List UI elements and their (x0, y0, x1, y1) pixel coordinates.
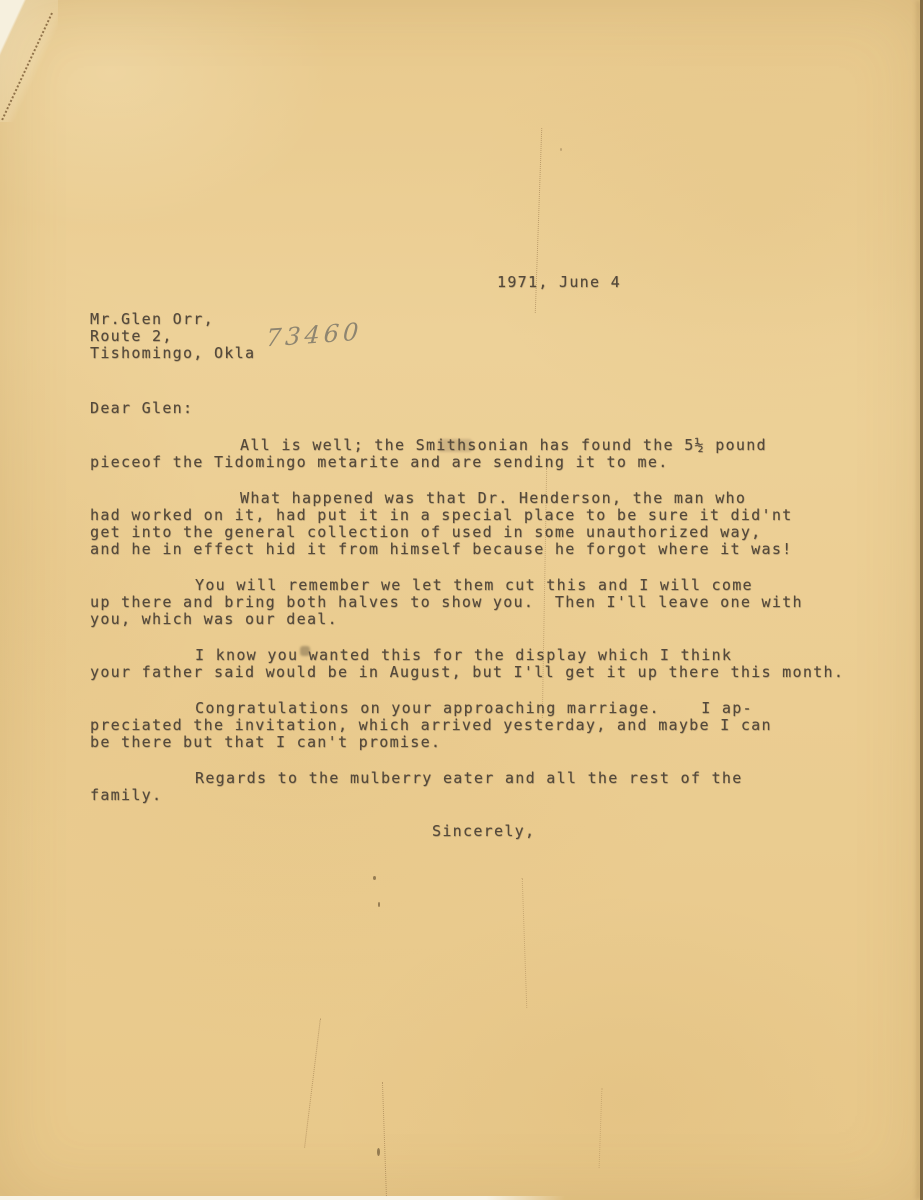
paper-speck (378, 902, 380, 907)
scan-bottom-edge (0, 1196, 565, 1200)
recipient-address-lines: Mr.Glen Orr,Route 2,Tishomingo, Okla (90, 311, 880, 362)
letter-line: your father said would be in August, but… (90, 664, 880, 681)
letter-line: I know you wanted this for the display w… (90, 647, 880, 664)
handwritten-zip-code: 73460 (266, 324, 363, 348)
letter-line: You will remember we let them cut this a… (90, 577, 880, 594)
clipped-corner (0, 0, 30, 70)
paper-crease (304, 1018, 321, 1147)
paragraph: What happened was that Dr. Henderson, th… (90, 490, 880, 558)
letter-body: All is well; the Smithsonian has found t… (90, 437, 880, 804)
paragraph: I know you wanted this for the display w… (90, 647, 880, 681)
paper-crease (599, 1088, 603, 1168)
letter-content: 1971, June 4 Mr.Glen Orr,Route 2,Tishomi… (90, 274, 880, 840)
paper-speck (560, 148, 562, 151)
paper-speck (373, 876, 376, 880)
line: Mr.Glen Orr, (90, 311, 880, 328)
line: Tishomingo, Okla (90, 345, 880, 362)
letter-date: 1971, June 4 (497, 274, 880, 291)
paper-speck (377, 1148, 380, 1156)
letter-line: Regards to the mulberry eater and all th… (90, 770, 880, 787)
letter-line: preciated the invitation, which arrived … (90, 717, 880, 734)
letter-line: Congratulations on your approaching marr… (90, 700, 880, 717)
letter-line: and he in effect hid it from himself bec… (90, 541, 880, 558)
closing-sincerely: Sincerely, (432, 823, 880, 840)
paragraph: Congratulations on your approaching marr… (90, 700, 880, 751)
line: Route 2, (90, 328, 880, 345)
letter-line: be there but that I can't promise. (90, 734, 880, 751)
letter-page: 1971, June 4 Mr.Glen Orr,Route 2,Tishomi… (0, 0, 923, 1200)
paper-crease (382, 1082, 387, 1200)
paragraph: Regards to the mulberry eater and all th… (90, 770, 880, 804)
letter-line: All is well; the Smithsonian has found t… (90, 437, 880, 454)
paragraph: You will remember we let them cut this a… (90, 577, 880, 628)
letter-line: What happened was that Dr. Henderson, th… (90, 490, 880, 507)
letter-line: pieceof the Tidomingo metarite and are s… (90, 454, 880, 471)
letter-line: had worked on it, had put it in a specia… (90, 507, 880, 524)
recipient-address: Mr.Glen Orr,Route 2,Tishomingo, Okla 734… (90, 311, 880, 362)
letter-line: up there and bring both halves to show y… (90, 594, 880, 611)
salutation: Dear Glen: (90, 400, 880, 417)
letter-line: you, which was our deal. (90, 611, 880, 628)
paragraph: All is well; the Smithsonian has found t… (90, 437, 880, 471)
letter-line: family. (90, 787, 880, 804)
letter-paragraphs: All is well; the Smithsonian has found t… (90, 437, 880, 804)
paper-crease (522, 878, 528, 1008)
letter-line: get into the general collection of used … (90, 524, 880, 541)
